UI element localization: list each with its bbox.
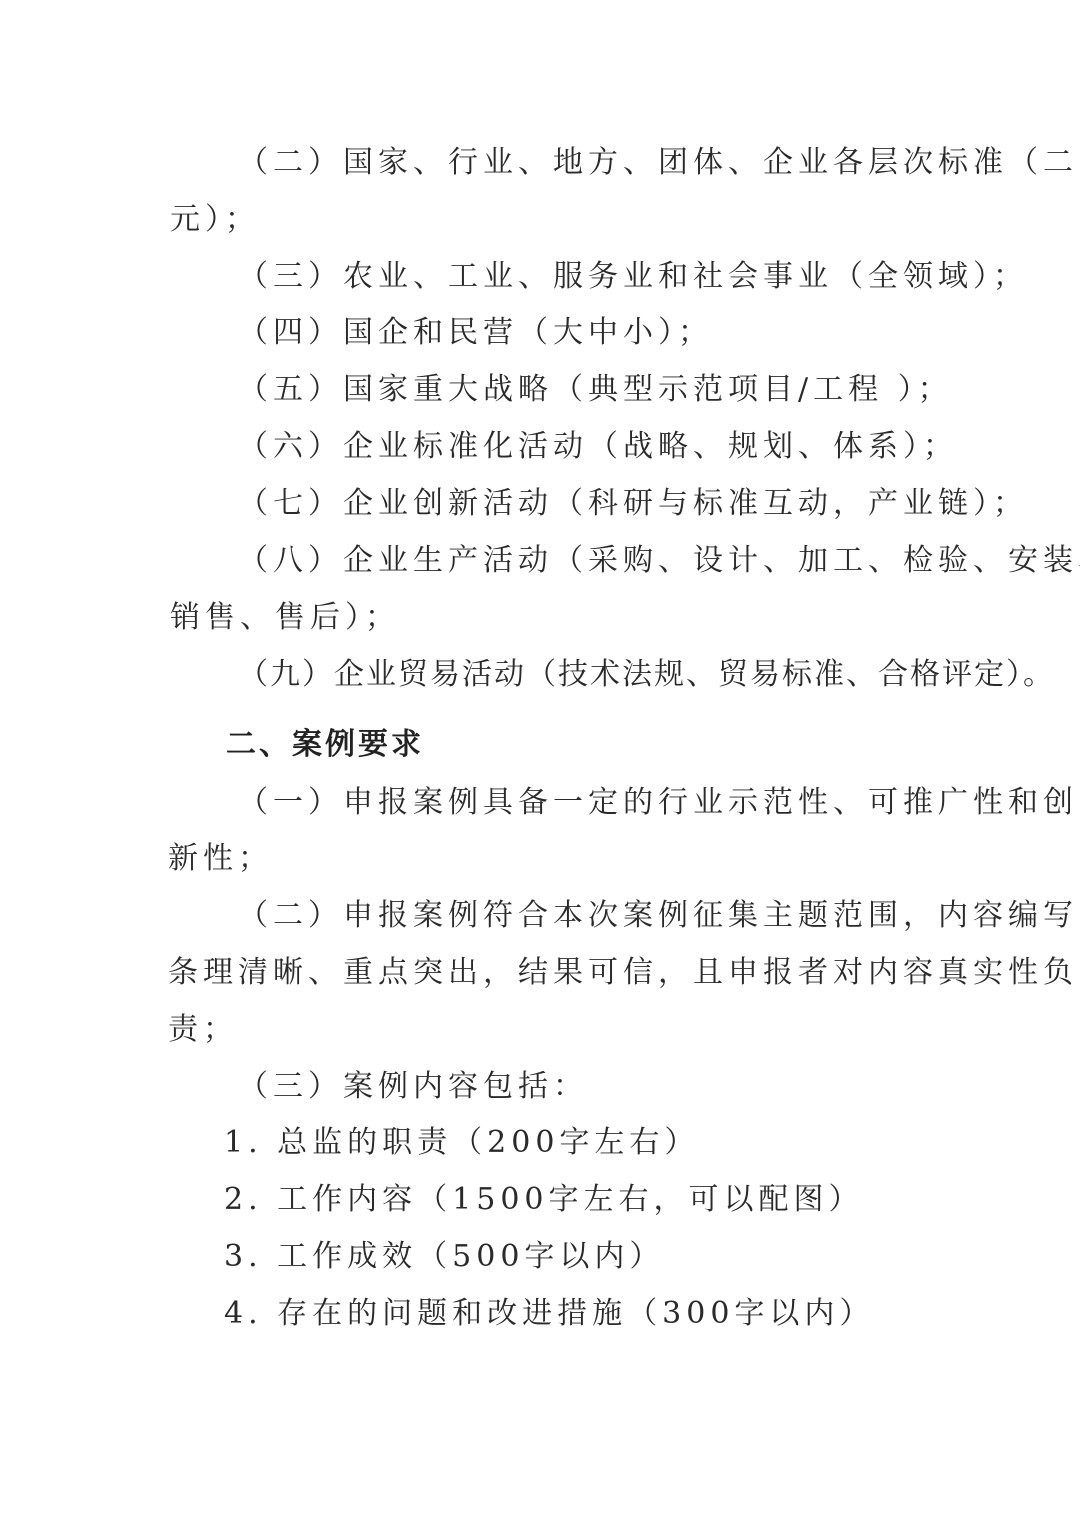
section-heading: 二、案例要求 bbox=[226, 725, 424, 765]
requirement-3: （三）案例内容包括： bbox=[238, 1067, 588, 1107]
scope-item-7: （七）企业创新活动（科研与标准互动，产业链）； bbox=[238, 484, 1028, 524]
scope-item-4: （四）国企和民营（大中小）； bbox=[238, 313, 713, 353]
requirement-1: （一）申报案例具备一定的行业示范性、可推广性和创 bbox=[238, 783, 1078, 823]
scope-item-8-cont: 销售、售后）； bbox=[170, 598, 400, 638]
requirement-2-cont: 条理清晰、重点突出，结果可信，且申报者对内容真实性负 bbox=[168, 953, 1078, 993]
scope-item-2: （二）国家、行业、地方、团体、企业各层次标准（二 bbox=[238, 143, 1078, 183]
scope-item-6: （六）企业标准化活动（战略、规划、体系）； bbox=[238, 427, 958, 467]
requirement-2: （二）申报案例符合本次案例征集主题范围，内容编写 bbox=[238, 896, 1078, 936]
scope-item-5: （五）国家重大战略（典型示范项目/工程 ）； bbox=[238, 370, 953, 410]
scope-item-3: （三）农业、工业、服务业和社会事业（全领域）； bbox=[238, 257, 1028, 297]
scope-item-8: （八）企业生产活动（采购、设计、加工、检验、安装、 bbox=[238, 541, 1080, 581]
requirement-2-cont2: 责； bbox=[168, 1010, 238, 1050]
content-item-2: 2. 工作内容（1500字左右，可以配图） bbox=[224, 1180, 864, 1220]
requirement-1-cont: 新性； bbox=[168, 839, 273, 879]
content-item-1: 1. 总监的职责（200字左右） bbox=[224, 1123, 699, 1163]
scope-item-2-cont: 元）； bbox=[170, 200, 260, 240]
scope-item-9: （九）企业贸易活动（技术法规、贸易标准、合格评定）。 bbox=[238, 655, 1055, 695]
content-item-3: 3. 工作成效（500字以内） bbox=[224, 1237, 664, 1277]
content-item-4: 4. 存在的问题和改进措施（300字以内） bbox=[224, 1294, 874, 1334]
